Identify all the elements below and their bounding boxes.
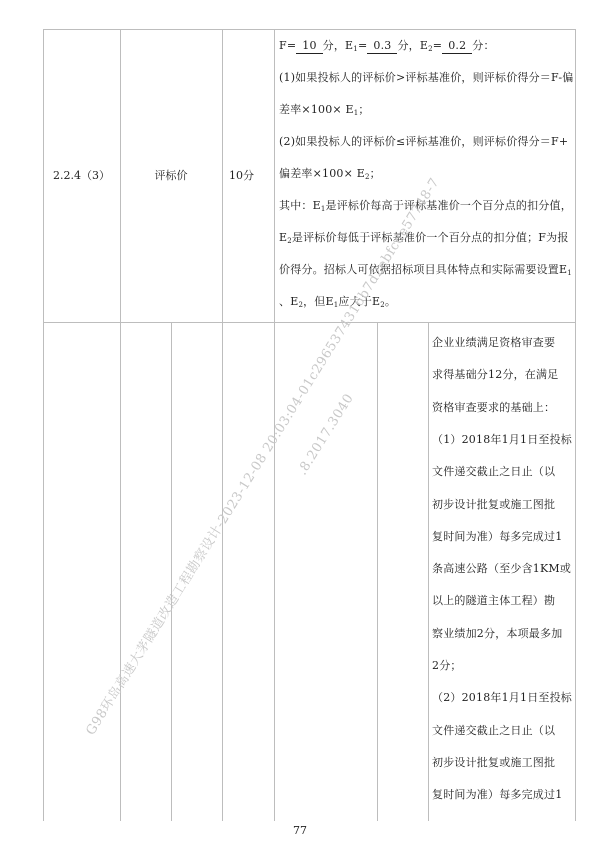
factor-score: 10分 <box>229 160 254 192</box>
criteria-line: (2)如果投标人的评标价≤评标基准价，则评标价得分＝F+ <box>279 126 568 158</box>
criteria-line: 察业绩加2分，本项最多加 <box>432 618 562 650</box>
criteria-line: 条高速公路（至少含1KM或 <box>432 553 571 585</box>
factor-name: 评标价 <box>120 160 222 192</box>
criteria-line: （2）2018年1月1日至投标 <box>432 682 572 714</box>
criteria-line: 以上的隧道主体工程）勘 <box>432 585 555 617</box>
criteria-line: 资格审查要求的基础上： <box>432 392 555 424</box>
criteria-line: 企业业绩满足资格审查要 <box>432 327 555 359</box>
f-value: 10 <box>296 39 322 54</box>
criteria-line: 偏差率×100× E2； <box>279 158 381 190</box>
table-right-border <box>575 29 576 821</box>
criteria-line: 文件递交截止之日止（以 <box>432 715 555 747</box>
page-number: 77 <box>0 824 600 837</box>
criteria-line: 初步设计批复或施工图批 <box>432 489 555 521</box>
text: 分，E <box>323 39 354 52</box>
criteria-line: (1)如果投标人的评标价>评标基准价，则评标价得分＝F-偏 <box>279 62 573 94</box>
subscript: 1 <box>567 269 572 277</box>
watermark-line-1: G98环岛高速大茅隧道改造工程勘察设计-2023-12-08 20:03:04-… <box>80 173 443 738</box>
text: 是评标价每低于评标基准价一个百分点的扣分值；F为报 <box>292 231 569 244</box>
text: 价得分。招标人可依据招标项目具体特点和实际需要设置E <box>279 263 567 276</box>
col-divider <box>428 322 429 821</box>
text: ； <box>370 167 381 180</box>
col-divider <box>222 29 223 821</box>
e2-value: 0.2 <box>442 39 472 54</box>
criteria-line: 差率×100× E1； <box>279 94 370 126</box>
col-divider <box>171 322 172 821</box>
text: ； <box>358 103 369 116</box>
text: = <box>433 39 442 52</box>
text: 。 <box>385 295 396 308</box>
text: E <box>279 231 287 244</box>
text: 偏差率×100× E <box>279 167 365 180</box>
document-page: 2.2.4（3） 评标价 10分 F=10分，E1=0.3分，E2=0.2分： … <box>0 0 600 849</box>
criteria-params: F=10分，E1=0.3分，E2=0.2分： <box>279 30 495 62</box>
criteria-line: 2分； <box>432 650 462 682</box>
criteria-line: 价得分。招标人可依据招标项目具体特点和实际需要设置E1 <box>279 254 572 286</box>
criteria-line: 复时间为准）每多完成过1 <box>432 779 562 811</box>
table-left-border <box>43 29 44 821</box>
criteria-line: E2是评标价每低于评标基准价一个百分点的扣分值；F为报 <box>279 222 569 254</box>
text: ，但E <box>303 295 334 308</box>
clause-number: 2.2.4（3） <box>43 160 120 192</box>
text: 、E <box>279 295 298 308</box>
criteria-line: 求得基础分12分，在满足 <box>432 359 558 391</box>
col-divider <box>120 29 121 821</box>
text: 分： <box>472 39 494 52</box>
criteria-line: 文件递交截止之日止（以 <box>432 456 555 488</box>
criteria-line: （1）2018年1月1日至投标 <box>432 424 572 456</box>
text: 其中：E <box>279 199 321 212</box>
col-divider <box>377 322 378 821</box>
criteria-line: 复时间为准）每多完成过1 <box>432 521 562 553</box>
text: 分，E <box>397 39 428 52</box>
e1-value: 0.3 <box>367 39 397 54</box>
text: = <box>358 39 367 52</box>
text: 是评标价每高于评标基准价一个百分点的扣分值， <box>326 199 572 212</box>
criteria-line: 、E2，但E1应大于E2。 <box>279 286 396 318</box>
row-divider <box>43 322 576 323</box>
text: 差率×100× E <box>279 103 354 116</box>
f-label: F= <box>279 39 296 52</box>
criteria-line: 初步设计批复或施工图批 <box>432 747 555 779</box>
